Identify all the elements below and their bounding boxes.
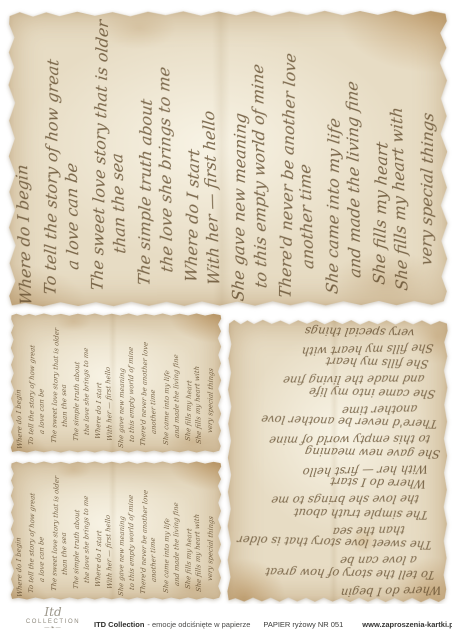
rice-paper-sheet: Where do I beginTo tell the story of how… (0, 0, 452, 641)
letter-line: a love can be (57, 12, 85, 270)
letter-line: to this empty world of mine (232, 431, 431, 448)
letter-panel-small-2: Where do I beginTo tell the story of how… (10, 461, 222, 600)
letter-panel-inverted: Where do I beginTo tell the story of how… (227, 319, 449, 604)
letter-line: and made the living fine (170, 316, 183, 439)
footer-text-row: ITD Collection - emocje odciśnięte w pap… (94, 620, 446, 629)
letter-line: Where do I begin (11, 464, 26, 597)
aged-paper: Where do I beginTo tell the story of how… (227, 319, 449, 604)
letter-line: and made the living fine (339, 11, 367, 279)
letter-line: the love she brings to me (151, 12, 179, 273)
letter-line: Where do I begin (6, 13, 38, 305)
letter-line: to this empty world of mine (125, 464, 138, 591)
website-url-1: www.zaproszenia-kartki.pl (362, 620, 452, 629)
handwritten-letter-inverted: Where do I beginTo tell the story of how… (233, 325, 442, 598)
letter-line: very special things (233, 322, 416, 341)
letter-line: Where do I begin (232, 582, 442, 602)
letter-line: another time (146, 316, 161, 434)
handwritten-letter-large: Where do I beginTo tell the story of how… (13, 13, 442, 304)
letter-line: than the sea (57, 316, 71, 427)
letter-line: the love she brings to me (81, 316, 94, 436)
letter-line: the love she brings to me (232, 492, 419, 509)
brand-tagline: - emocje odciśnięte w papierze (147, 620, 250, 629)
letter-line: and made the living fine (170, 464, 183, 587)
aged-paper: Where do I beginTo tell the story of how… (10, 461, 222, 600)
logo-script-text: Itd (24, 606, 82, 618)
letter-line: than the sea (57, 464, 71, 575)
letter-line: a love can be (36, 464, 49, 583)
footer-bar: Itd COLLECTION —❧— ITD Collection - emoc… (0, 604, 452, 641)
product-label: PAPIER ryżowy NR 051 (263, 620, 343, 629)
aged-paper: Where do I beginTo tell the story of how… (10, 313, 222, 453)
letter-line: She fills my heart with (191, 316, 206, 444)
brand-name: ITD Collection (94, 620, 144, 629)
handwritten-letter-small-2: Where do I beginTo tell the story of how… (15, 465, 217, 597)
letter-line: Where do I begin (11, 316, 26, 449)
logo-ornament-icon: —❧— (24, 626, 82, 631)
letter-panel-large: Where do I beginTo tell the story of how… (6, 9, 449, 308)
letter-line: very special things (414, 11, 441, 266)
letter-line: a love can be (232, 552, 417, 569)
letter-line: to this empty world of mine (125, 316, 138, 443)
letter-line: She fills my heart with (191, 464, 206, 592)
letter-line: and made the living fine (233, 371, 425, 388)
letter-line: to this empty world of mine (245, 12, 273, 289)
aged-paper: Where do I beginTo tell the story of how… (6, 9, 449, 308)
letter-line: the love she brings to me (81, 464, 94, 584)
letter-line: very special things (205, 464, 218, 581)
letter-panel-small-1: Where do I beginTo tell the story of how… (10, 313, 222, 453)
letter-line: a love can be (36, 316, 49, 435)
handwritten-letter-small-1: Where do I beginTo tell the story of how… (15, 317, 217, 449)
letter-line: very special things (205, 316, 218, 433)
letter-line: another time (146, 464, 161, 582)
itd-collection-logo: Itd COLLECTION —❧— (24, 606, 82, 631)
